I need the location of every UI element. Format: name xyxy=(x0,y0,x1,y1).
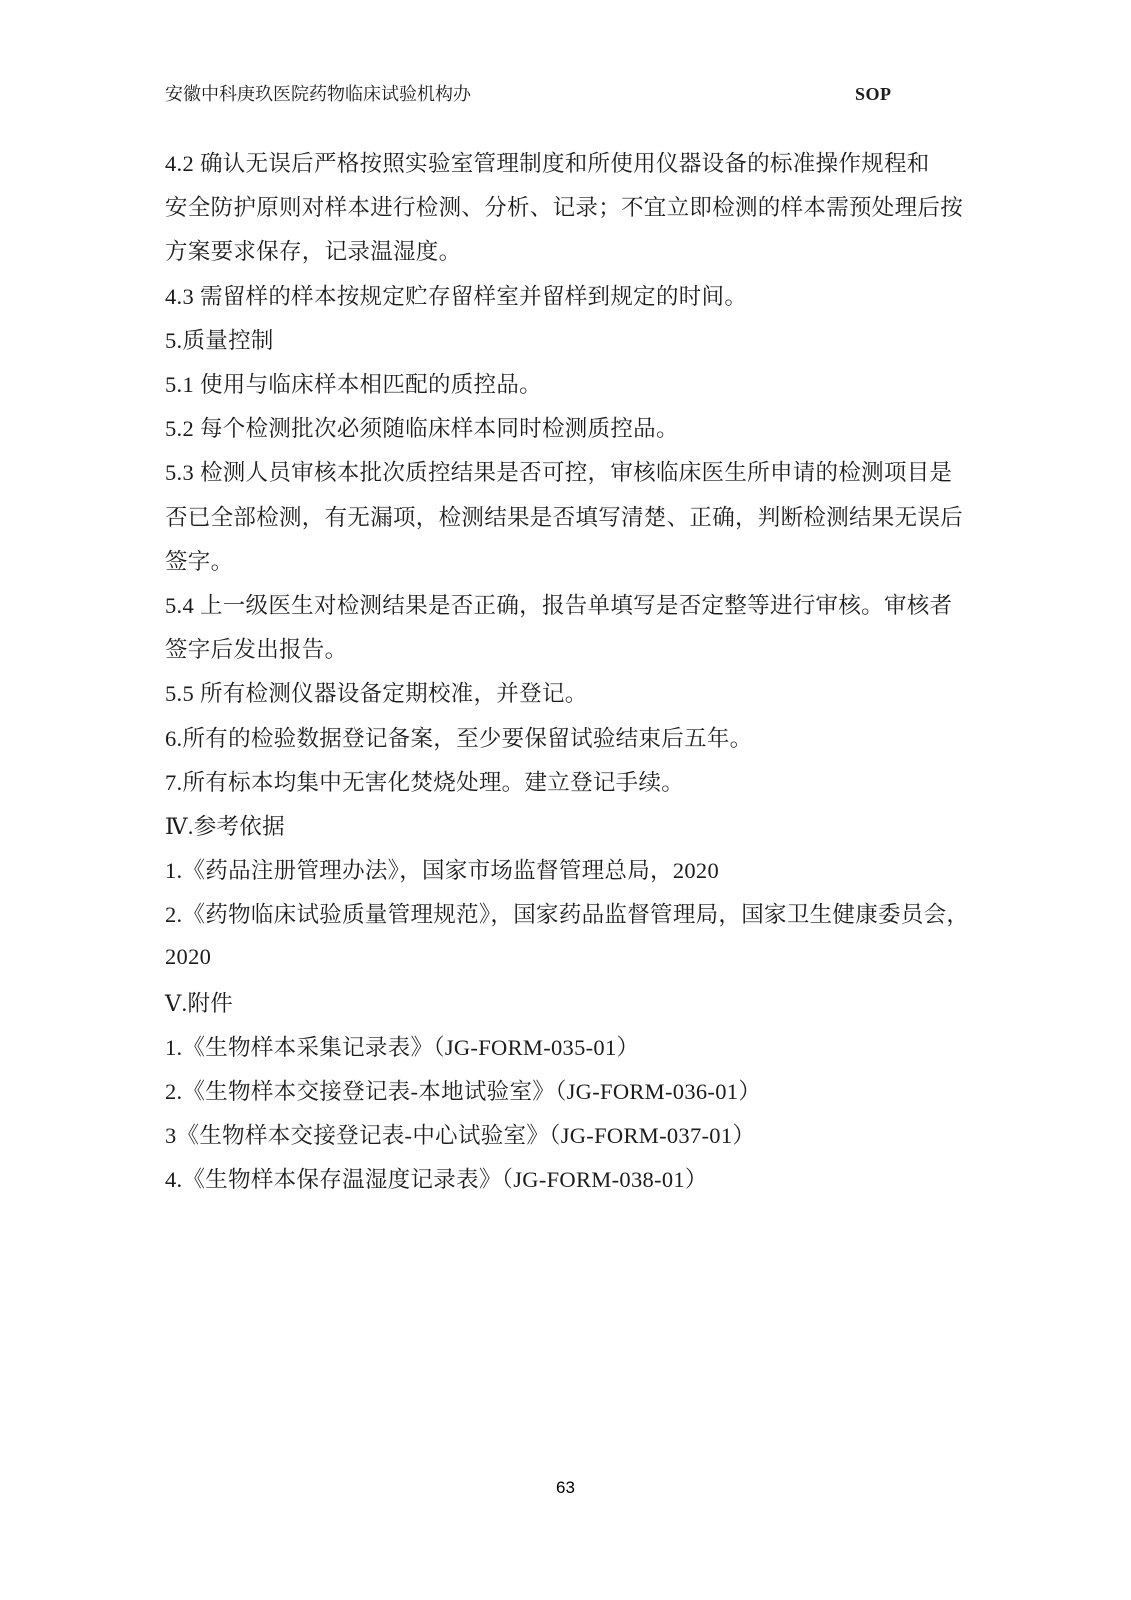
text-line-5-4-a: 5.4 上一级医生对检测结果是否正确，报告单填写是否定整等进行审核。审核者 xyxy=(165,582,990,626)
reference-item-2-b: 2020 xyxy=(165,935,990,979)
text-line-4-2-c: 方案要求保存，记录温湿度。 xyxy=(165,228,990,272)
text-line-5-3-b: 否已全部检测，有无漏项，检测结果是否填写清楚、正确，判断检测结果无误后 xyxy=(165,494,990,538)
reference-item-2-a: 2.《药物临床试验质量管理规范》，国家药品监督管理局，国家卫生健康委员会， xyxy=(165,891,990,935)
header-doc-type-label: SOP xyxy=(855,82,892,106)
header-institution-title: 安徽中科庚玖医院药物临床试验机构办 xyxy=(165,82,471,106)
text-line-7: 7.所有标本均集中无害化焚烧处理。建立登记手续。 xyxy=(165,759,990,803)
reference-item-1: 1.《药品注册管理办法》，国家市场监督管理总局，2020 xyxy=(165,847,990,891)
text-line-5-3-a: 5.3 检测人员审核本批次质控结果是否可控，审核临床医生所申请的检测项目是 xyxy=(165,449,990,493)
text-line-5-5: 5.5 所有检测仪器设备定期校准，并登记。 xyxy=(165,670,990,714)
page-number: 63 xyxy=(556,1478,575,1497)
text-line-6: 6.所有的检验数据登记备案，至少要保留试验结束后五年。 xyxy=(165,714,990,758)
text-line-5-4-b: 签字后发出报告。 xyxy=(165,626,990,670)
document-body: 4.2 确认无误后严格按照实验室管理制度和所使用仪器设备的标准操作规程和 安全防… xyxy=(165,140,990,1201)
section-heading-references: Ⅳ.参考依据 xyxy=(165,803,990,847)
text-line-4-2-a: 4.2 确认无误后严格按照实验室管理制度和所使用仪器设备的标准操作规程和 xyxy=(165,140,990,184)
attachment-item-2: 2.《生物样本交接登记表-本地试验室》（JG-FORM-036-01） xyxy=(165,1068,990,1112)
text-line-5-1: 5.1 使用与临床样本相匹配的质控品。 xyxy=(165,361,990,405)
page-footer: 63 xyxy=(0,1478,1131,1498)
text-line-4-3: 4.3 需留样的样本按规定贮存留样室并留样到规定的时间。 xyxy=(165,273,990,317)
attachment-item-3: 3《生物样本交接登记表-中心试验室》（JG-FORM-037-01） xyxy=(165,1112,990,1156)
attachment-item-4: 4.《生物样本保存温湿度记录表》（JG-FORM-038-01） xyxy=(165,1156,990,1200)
attachment-item-1: 1.《生物样本采集记录表》（JG-FORM-035-01） xyxy=(165,1024,990,1068)
section-heading-5: 5.质量控制 xyxy=(165,317,990,361)
document-page: 安徽中科庚玖医院药物临床试验机构办 SOP 4.2 确认无误后严格按照实验室管理… xyxy=(0,0,1131,1600)
page-header: 安徽中科庚玖医院药物临床试验机构办 SOP xyxy=(165,82,990,106)
text-line-4-2-b: 安全防护原则对样本进行检测、分析、记录；不宜立即检测的样本需预处理后按 xyxy=(165,184,990,228)
text-line-5-3-c: 签字。 xyxy=(165,538,990,582)
section-heading-attachments: Ⅴ.附件 xyxy=(165,980,990,1024)
text-line-5-2: 5.2 每个检测批次必须随临床样本同时检测质控品。 xyxy=(165,405,990,449)
